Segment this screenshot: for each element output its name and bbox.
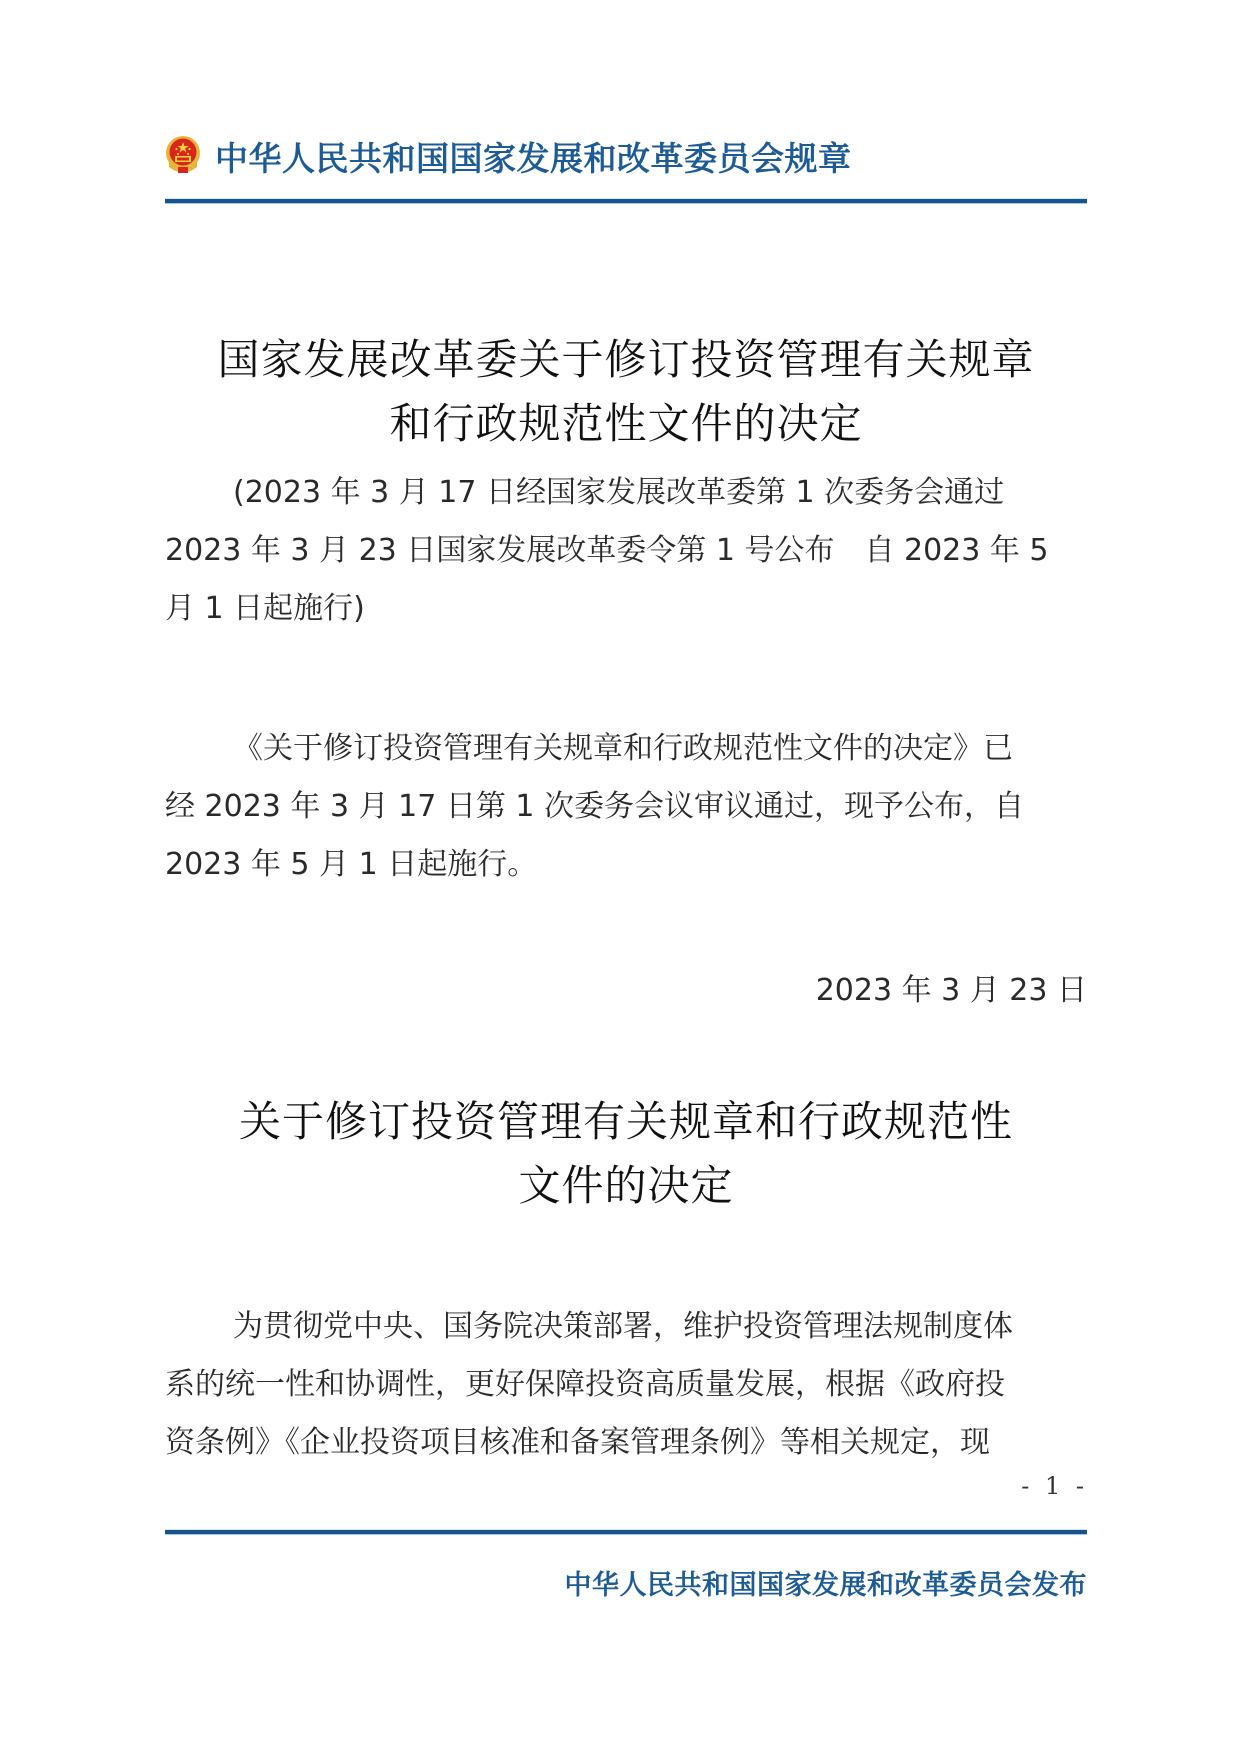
footer-publisher: 中华人民共和国国家发展和改革委员会发布 (565, 1563, 1088, 1602)
decision-title-line: 文件的决定 (165, 1154, 1087, 1218)
order-title: 国家发展改革委关于修订投资管理有关规章 和行政规范性文件的决定 (165, 328, 1087, 456)
note-line: 2023 年 3 月 23 日国家发展改革委令第 1 号公布 自 2023 年 … (165, 522, 1087, 580)
signing-date: 2023 年 3 月 23 日 (816, 962, 1087, 1020)
promulgation-paragraph: 《关于修订投资管理有关规章和行政规范性文件的决定》已 经 2023 年 3 月 … (165, 720, 1087, 894)
note-line: 月 1 日起施行) (165, 580, 1087, 638)
note-line: (2023 年 3 月 17 日经国家发展改革委第 1 次委务会通过 (165, 464, 1087, 522)
adoption-note: (2023 年 3 月 17 日经国家发展改革委第 1 次委务会通过 2023 … (165, 464, 1087, 638)
paragraph-line: 系的统一性和协调性，更好保障投资高质量发展，根据《政府投 (165, 1356, 1087, 1414)
decision-title: 关于修订投资管理有关规章和行政规范性 文件的决定 (165, 1090, 1087, 1218)
national-emblem-icon (163, 134, 203, 178)
page-number: - 1 - (1021, 1472, 1088, 1500)
header-divider (165, 199, 1087, 203)
decision-title-line: 关于修订投资管理有关规章和行政规范性 (165, 1090, 1087, 1154)
order-title-line: 和行政规范性文件的决定 (165, 392, 1087, 456)
decision-body: 为贯彻党中央、国务院决策部署，维护投资管理法规制度体 系的统一性和协调性，更好保… (165, 1298, 1087, 1472)
paragraph-line: 《关于修订投资管理有关规章和行政规范性文件的决定》已 (165, 720, 1087, 778)
paragraph-line: 2023 年 5 月 1 日起施行。 (165, 836, 1087, 894)
footer-divider (165, 1530, 1087, 1534)
paragraph-line: 资条例》《企业投资项目核准和备案管理条例》等相关规定，现 (165, 1414, 1087, 1472)
paragraph-line: 为贯彻党中央、国务院决策部署，维护投资管理法规制度体 (165, 1298, 1087, 1356)
paragraph-line: 经 2023 年 3 月 17 日第 1 次委务会议审议通过，现予公布，自 (165, 778, 1087, 836)
header-title: 中华人民共和国国家发展和改革委员会规章 (215, 133, 852, 180)
order-title-line: 国家发展改革委关于修订投资管理有关规章 (165, 328, 1087, 392)
document-header: 中华人民共和国国家发展和改革委员会规章 (163, 133, 852, 179)
